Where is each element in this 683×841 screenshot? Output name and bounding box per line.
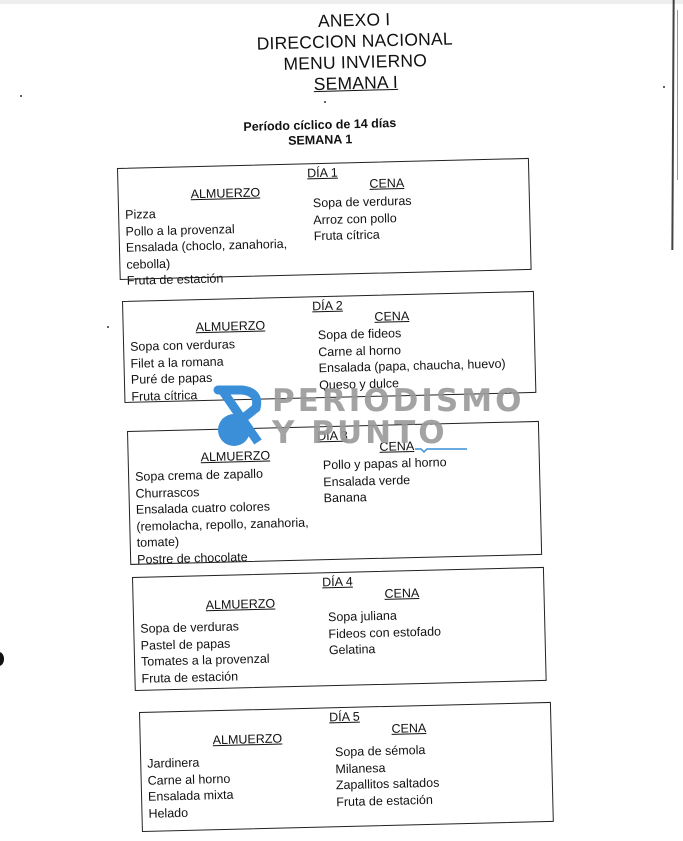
dinner-item: Pollo y papas al horno [323, 454, 447, 474]
lunch-heading: ALMUERZO [190, 185, 260, 203]
lunch-heading: ALMUERZO [200, 448, 270, 466]
scan-speck [324, 101, 326, 103]
dinner-item: Fruta cítrica [314, 226, 413, 245]
dinner-item: Fideos con estofado [328, 623, 441, 642]
lunch-item: Helado [148, 803, 234, 822]
dinner-heading: CENA [384, 585, 419, 602]
punch-hole [0, 652, 4, 666]
dinner-item: Zapallitos saltados [336, 775, 440, 794]
scan-top-edge [0, 0, 683, 4]
day-box-1: DÍA 1 ALMUERZO CENA Pizza Pollo a la pro… [117, 158, 532, 280]
lunch-list: Pizza Pollo a la provenzal Ensalada (cho… [125, 203, 288, 289]
period-subheader: Período cíclico de 14 días SEMANA 1 [240, 116, 401, 150]
dinner-heading: CENA [379, 438, 414, 455]
day-box-3: DÍA 3 ALMUERZO CENA Sopa crema de zapall… [127, 421, 542, 565]
dinner-item: Banana [324, 487, 448, 507]
lunch-heading: ALMUERZO [195, 318, 265, 336]
dinner-list: Sopa de fideos Carne al horno Ensalada (… [318, 323, 507, 394]
dinner-list: Sopa de sémola Milanesa Zapallitos salta… [335, 742, 440, 811]
lunch-item: Sopa con verduras [130, 336, 235, 355]
day-title: DÍA 4 [322, 574, 353, 591]
lunch-item: Ensalada mixta [148, 787, 234, 806]
lunch-item: Postre de chocolate [137, 547, 310, 568]
dinner-item: Sopa de verduras [313, 193, 412, 212]
dinner-heading: CENA [369, 175, 404, 192]
day-title: DÍA 2 [312, 298, 343, 315]
lunch-item: Fruta de estación [141, 667, 270, 687]
day-title: DÍA 5 [329, 709, 360, 726]
lunch-list: Sopa con verduras Filet a la romana Puré… [130, 336, 237, 405]
dinner-item: Sopa de sémola [335, 742, 439, 761]
day-title: DÍA 3 [317, 428, 348, 445]
day-box-4: DÍA 4 ALMUERZO CENA Sopa de verduras Pas… [132, 567, 547, 691]
dinner-list: Sopa de verduras Arroz con pollo Fruta c… [313, 193, 413, 245]
dinner-heading: CENA [391, 720, 426, 737]
dinner-item: Gelatina [329, 639, 442, 658]
lunch-item: Fruta de estación [127, 269, 289, 289]
dinner-list: Pollo y papas al horno Ensalada verde Ba… [323, 454, 448, 507]
lunch-item: Filet a la romana [130, 353, 235, 372]
lunch-heading: ALMUERZO [213, 731, 283, 749]
day-box-2: DÍA 2 ALMUERZO CENA Sopa con verduras Fi… [122, 291, 536, 403]
scan-speck [107, 326, 109, 328]
lunch-list: Jardinera Carne al horno Ensalada mixta … [147, 754, 234, 822]
watermark-stroke-icon [415, 448, 467, 454]
scan-right-edge-shadow [677, 10, 678, 180]
lunch-heading: ALMUERZO [206, 596, 276, 614]
lunch-item: Fruta cítrica [131, 386, 236, 405]
scan-speck [663, 86, 665, 88]
lunch-item: Tomates a la provenzal [141, 651, 270, 671]
dinner-heading: CENA [374, 308, 409, 325]
scan-right-edge [671, 0, 674, 250]
scan-speck [20, 95, 22, 97]
day-box-5: DÍA 5 ALMUERZO CENA Jardinera Carne al h… [139, 702, 554, 832]
dinner-list: Sopa juliana Fideos con estofado Gelatin… [328, 606, 442, 658]
lunch-list: Sopa de verduras Pastel de papas Tomates… [140, 618, 270, 687]
dinner-item: Fruta de estación [336, 791, 440, 810]
day-title: DÍA 1 [307, 165, 338, 182]
document-header: ANEXO I DIRECCION NACIONAL MENU INVIERNO… [229, 7, 481, 98]
lunch-list: Sopa crema de zapallo Churrascos Ensalad… [135, 465, 310, 568]
